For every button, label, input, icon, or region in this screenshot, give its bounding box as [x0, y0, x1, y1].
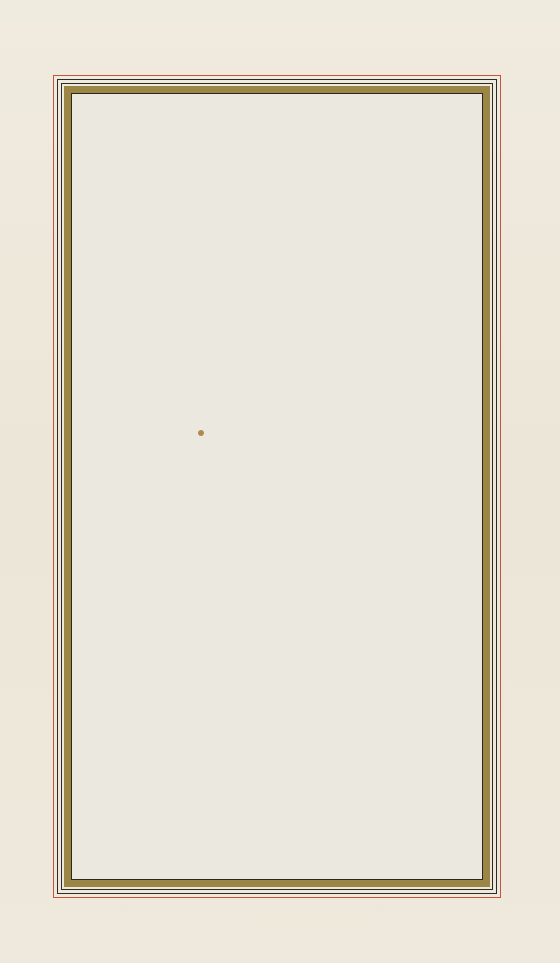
manuscript-page	[0, 0, 560, 963]
paper-stain	[198, 430, 204, 436]
blank-text-field	[71, 93, 483, 880]
